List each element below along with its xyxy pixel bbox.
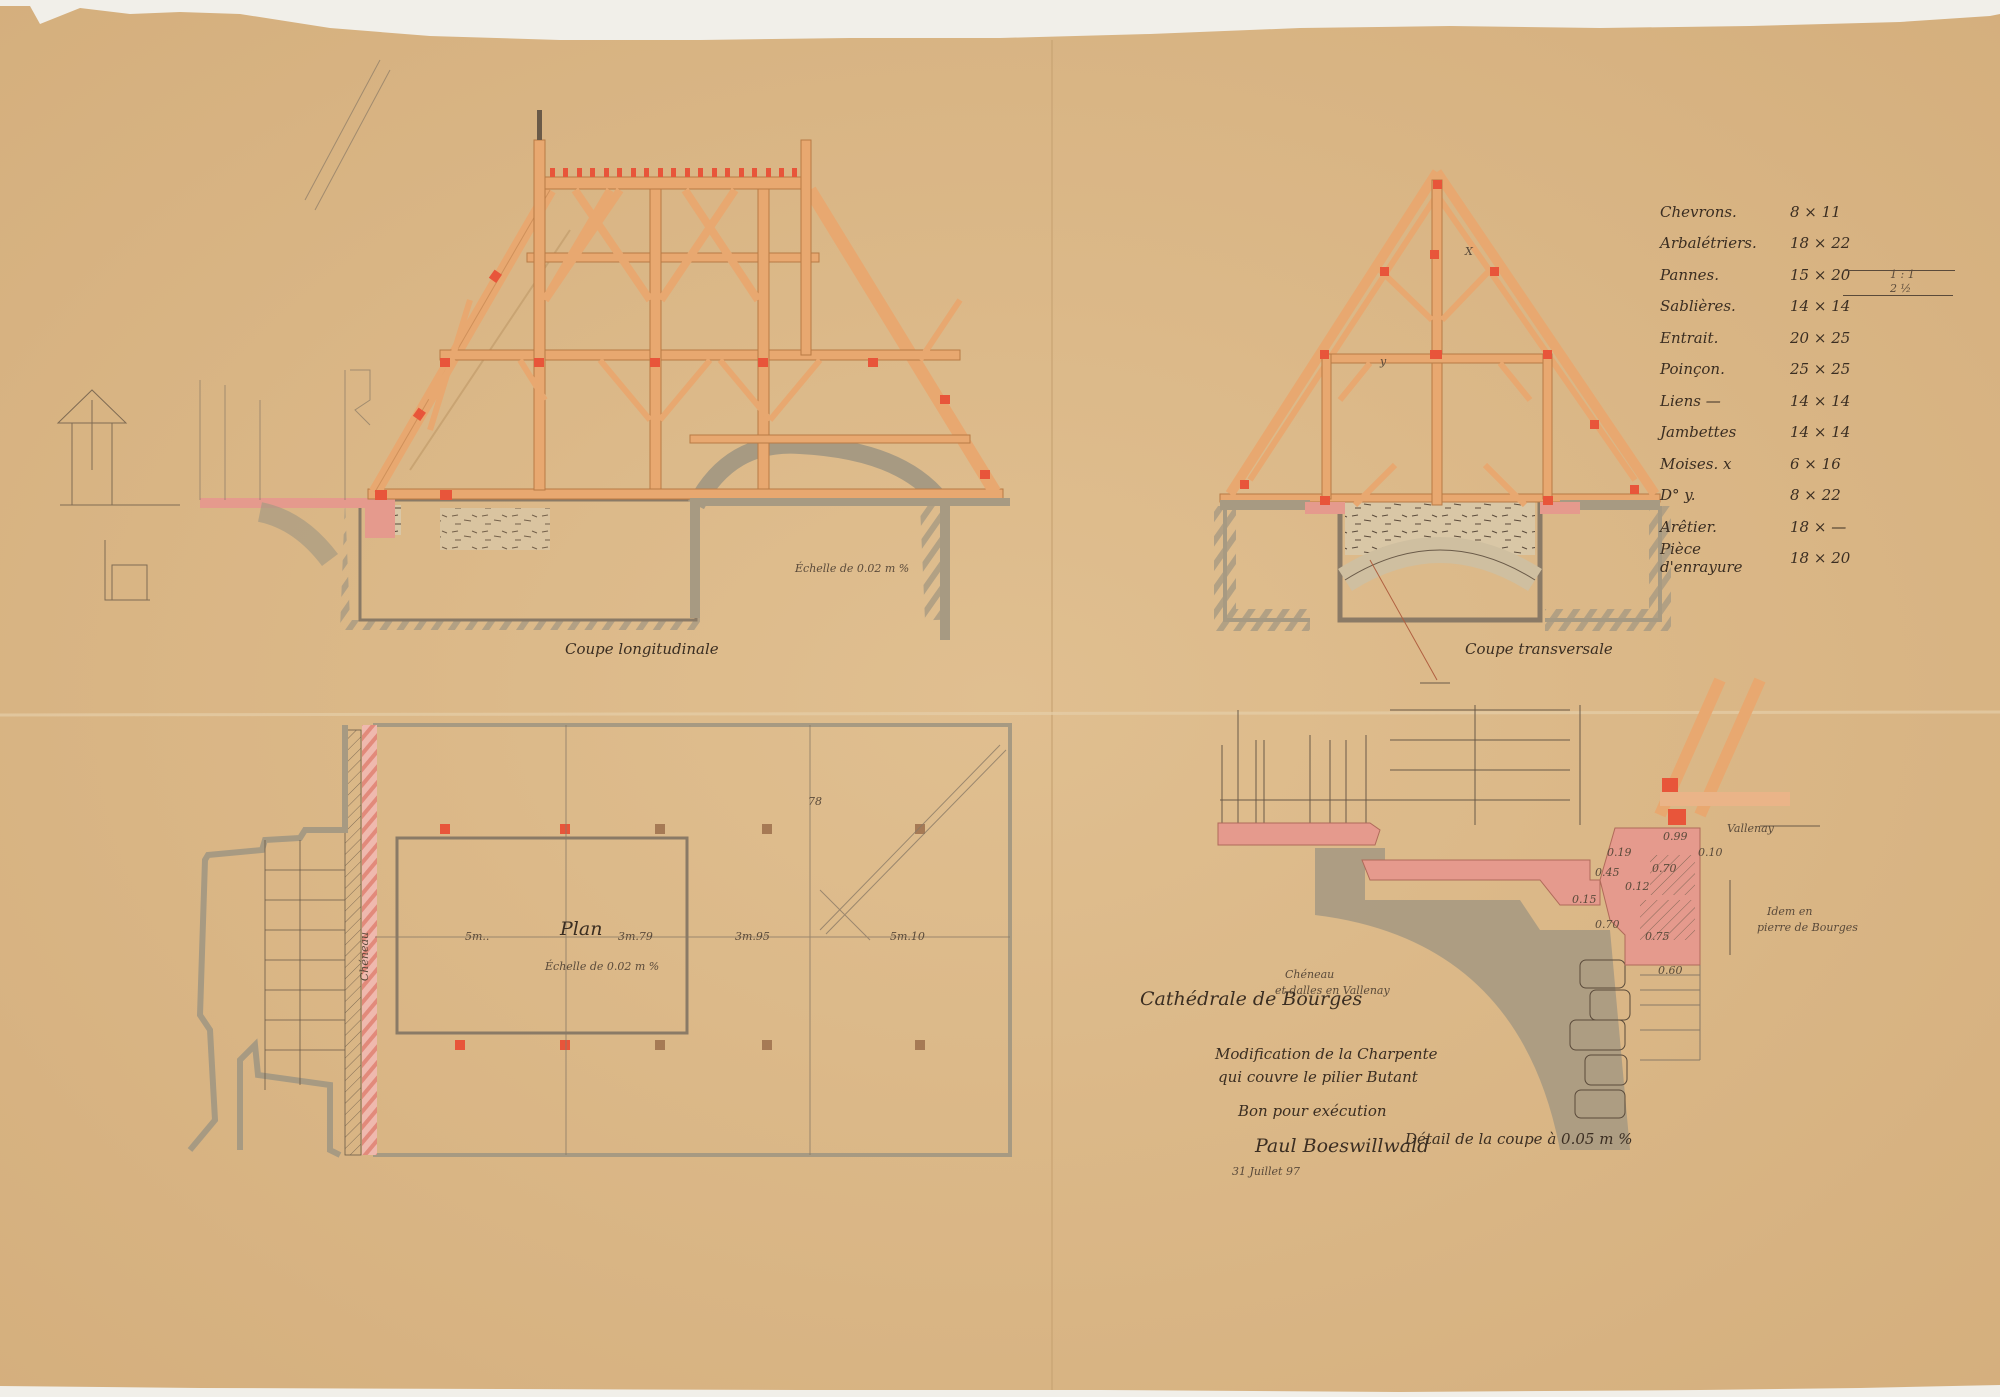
schedule-side-note-2: 2 ½ <box>1890 282 1911 295</box>
schedule-row: Pièce d'enrayure18 × 20 <box>1660 543 1910 575</box>
dim-detail-2: 0.19 <box>1607 846 1632 859</box>
dim-detail-10: 0.60 <box>1658 964 1683 977</box>
caption-transverse: Coupe transversale <box>1465 640 1613 658</box>
schedule-row: D° y.8 × 22 <box>1660 480 1910 512</box>
timber-schedule: Chevrons.8 × 11 Arbalétriers.18 × 22 Pan… <box>1660 196 1910 574</box>
dim-detail-4: 0.70 <box>1652 862 1677 875</box>
dim-plan-left: 5m.. <box>465 930 489 943</box>
caption-detail: Détail de la coupe à 0.05 m % <box>1405 1130 1632 1148</box>
dim-plan-right: 3m.95 <box>735 930 770 943</box>
dim-plan-far: 5m.10 <box>890 930 925 943</box>
schedule-row: Poinçon.25 × 25 <box>1660 354 1910 386</box>
dim-plan-top: 78 <box>808 795 822 808</box>
mark-x: X <box>1465 245 1473 258</box>
scale-longitudinal: Échelle de 0.02 m % <box>795 562 909 575</box>
dim-detail-1: 0.99 <box>1663 830 1688 843</box>
title-place: Cathédrale de Bourges <box>1140 988 1362 1010</box>
dim-plan-mid: 3m.79 <box>618 930 653 943</box>
schedule-row: Jambettes14 × 14 <box>1660 417 1910 449</box>
note-cheneau: Chéneau <box>1285 968 1334 981</box>
schedule-row: Pannes.15 × 20 <box>1660 259 1910 291</box>
schedule-row: Entrait.20 × 25 <box>1660 322 1910 354</box>
date: 31 Juillet 97 <box>1232 1165 1300 1178</box>
dim-detail-8: 0.70 <box>1595 918 1620 931</box>
schedule-rule-1 <box>1845 270 1955 271</box>
note-vallenay: Vallenay <box>1727 822 1774 835</box>
mark-y: y <box>1380 355 1386 368</box>
dim-detail-7: 0.15 <box>1572 893 1597 906</box>
title-subject-1: Modification de la Charpente <box>1215 1045 1437 1063</box>
dim-detail-3: 0.10 <box>1698 846 1723 859</box>
schedule-row: Arêtier.18 × — <box>1660 511 1910 543</box>
dim-detail-5: 0.45 <box>1595 866 1620 879</box>
schedule-row: Liens —14 × 14 <box>1660 385 1910 417</box>
scale-plan: Échelle de 0.02 m % <box>545 960 659 973</box>
caption-longitudinal: Coupe longitudinale <box>565 640 719 658</box>
note-idem: Idem en <box>1767 905 1812 918</box>
dim-detail-6: 0.12 <box>1625 880 1650 893</box>
approval-text: Bon pour exécution <box>1238 1102 1387 1120</box>
drawing-sheet: Coupe longitudinale Échelle de 0.02 m % … <box>0 0 2000 1397</box>
schedule-row: Arbalétriers.18 × 22 <box>1660 228 1910 260</box>
schedule-rule-2 <box>1843 295 1953 296</box>
schedule-row: Moises. x6 × 16 <box>1660 448 1910 480</box>
title-subject-2: qui couvre le pilier Butant <box>1218 1068 1418 1086</box>
caption-plan: Plan <box>560 918 602 940</box>
signature: Paul Boeswillwald <box>1255 1135 1429 1157</box>
dim-detail-9: 0.75 <box>1645 930 1670 943</box>
label-cheneau-plan: Chéneau <box>358 932 371 981</box>
note-pierre: pierre de Bourges <box>1757 921 1858 934</box>
schedule-row: Chevrons.8 × 11 <box>1660 196 1910 228</box>
